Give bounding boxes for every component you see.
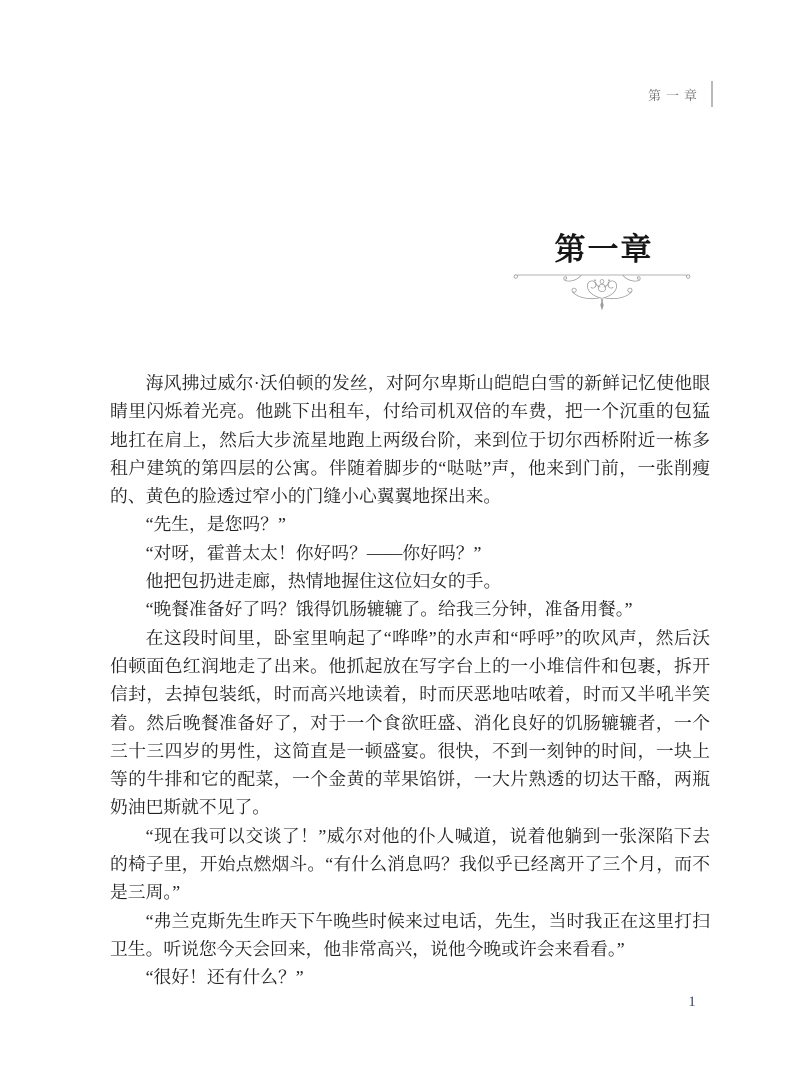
paragraph: “很好！还有什么？” [110, 963, 710, 991]
paragraph: “现在我可以交谈了！”威尔对他的仆人喊道，说着他躺到一张深陷下去的椅子里，开始点… [110, 822, 710, 907]
running-header-title: 第一章 [648, 85, 702, 104]
flourish-divider-icon [511, 265, 693, 311]
book-page: 第一章 第一章 [0, 0, 799, 1073]
header-vertical-rule [711, 81, 713, 107]
chapter-body: 海风拂过威尔·沃伯顿的发丝，对阿尔卑斯山皑皑白雪的新鲜记忆使他眼睛里闪烁着光亮。… [110, 369, 710, 992]
paragraph: 海风拂过威尔·沃伯顿的发丝，对阿尔卑斯山皑皑白雪的新鲜记忆使他眼睛里闪烁着光亮。… [110, 369, 710, 510]
paragraph: “先生，是您吗？” [110, 510, 710, 538]
running-header: 第一章 [648, 81, 713, 107]
paragraph: “弗兰克斯先生昨天下午晚些时候来过电话，先生，当时我正在这里打扫卫生。听说您今天… [110, 907, 710, 964]
page-number: 1 [682, 994, 702, 1011]
paragraph: 在这段时间里，卧室里响起了“哗哗”的水声和“呼呼”的吹风声，然后沃伯顿面色红润地… [110, 624, 710, 822]
paragraph: 他把包扔进走廊，热情地握住这位妇女的手。 [110, 567, 710, 595]
chapter-title: 第一章 [454, 224, 754, 269]
paragraph: “对呀，霍普太太！你好吗？——你好吗？” [110, 539, 710, 567]
paragraph: “晚餐准备好了吗？饿得饥肠辘辘了。给我三分钟，准备用餐。” [110, 595, 710, 623]
